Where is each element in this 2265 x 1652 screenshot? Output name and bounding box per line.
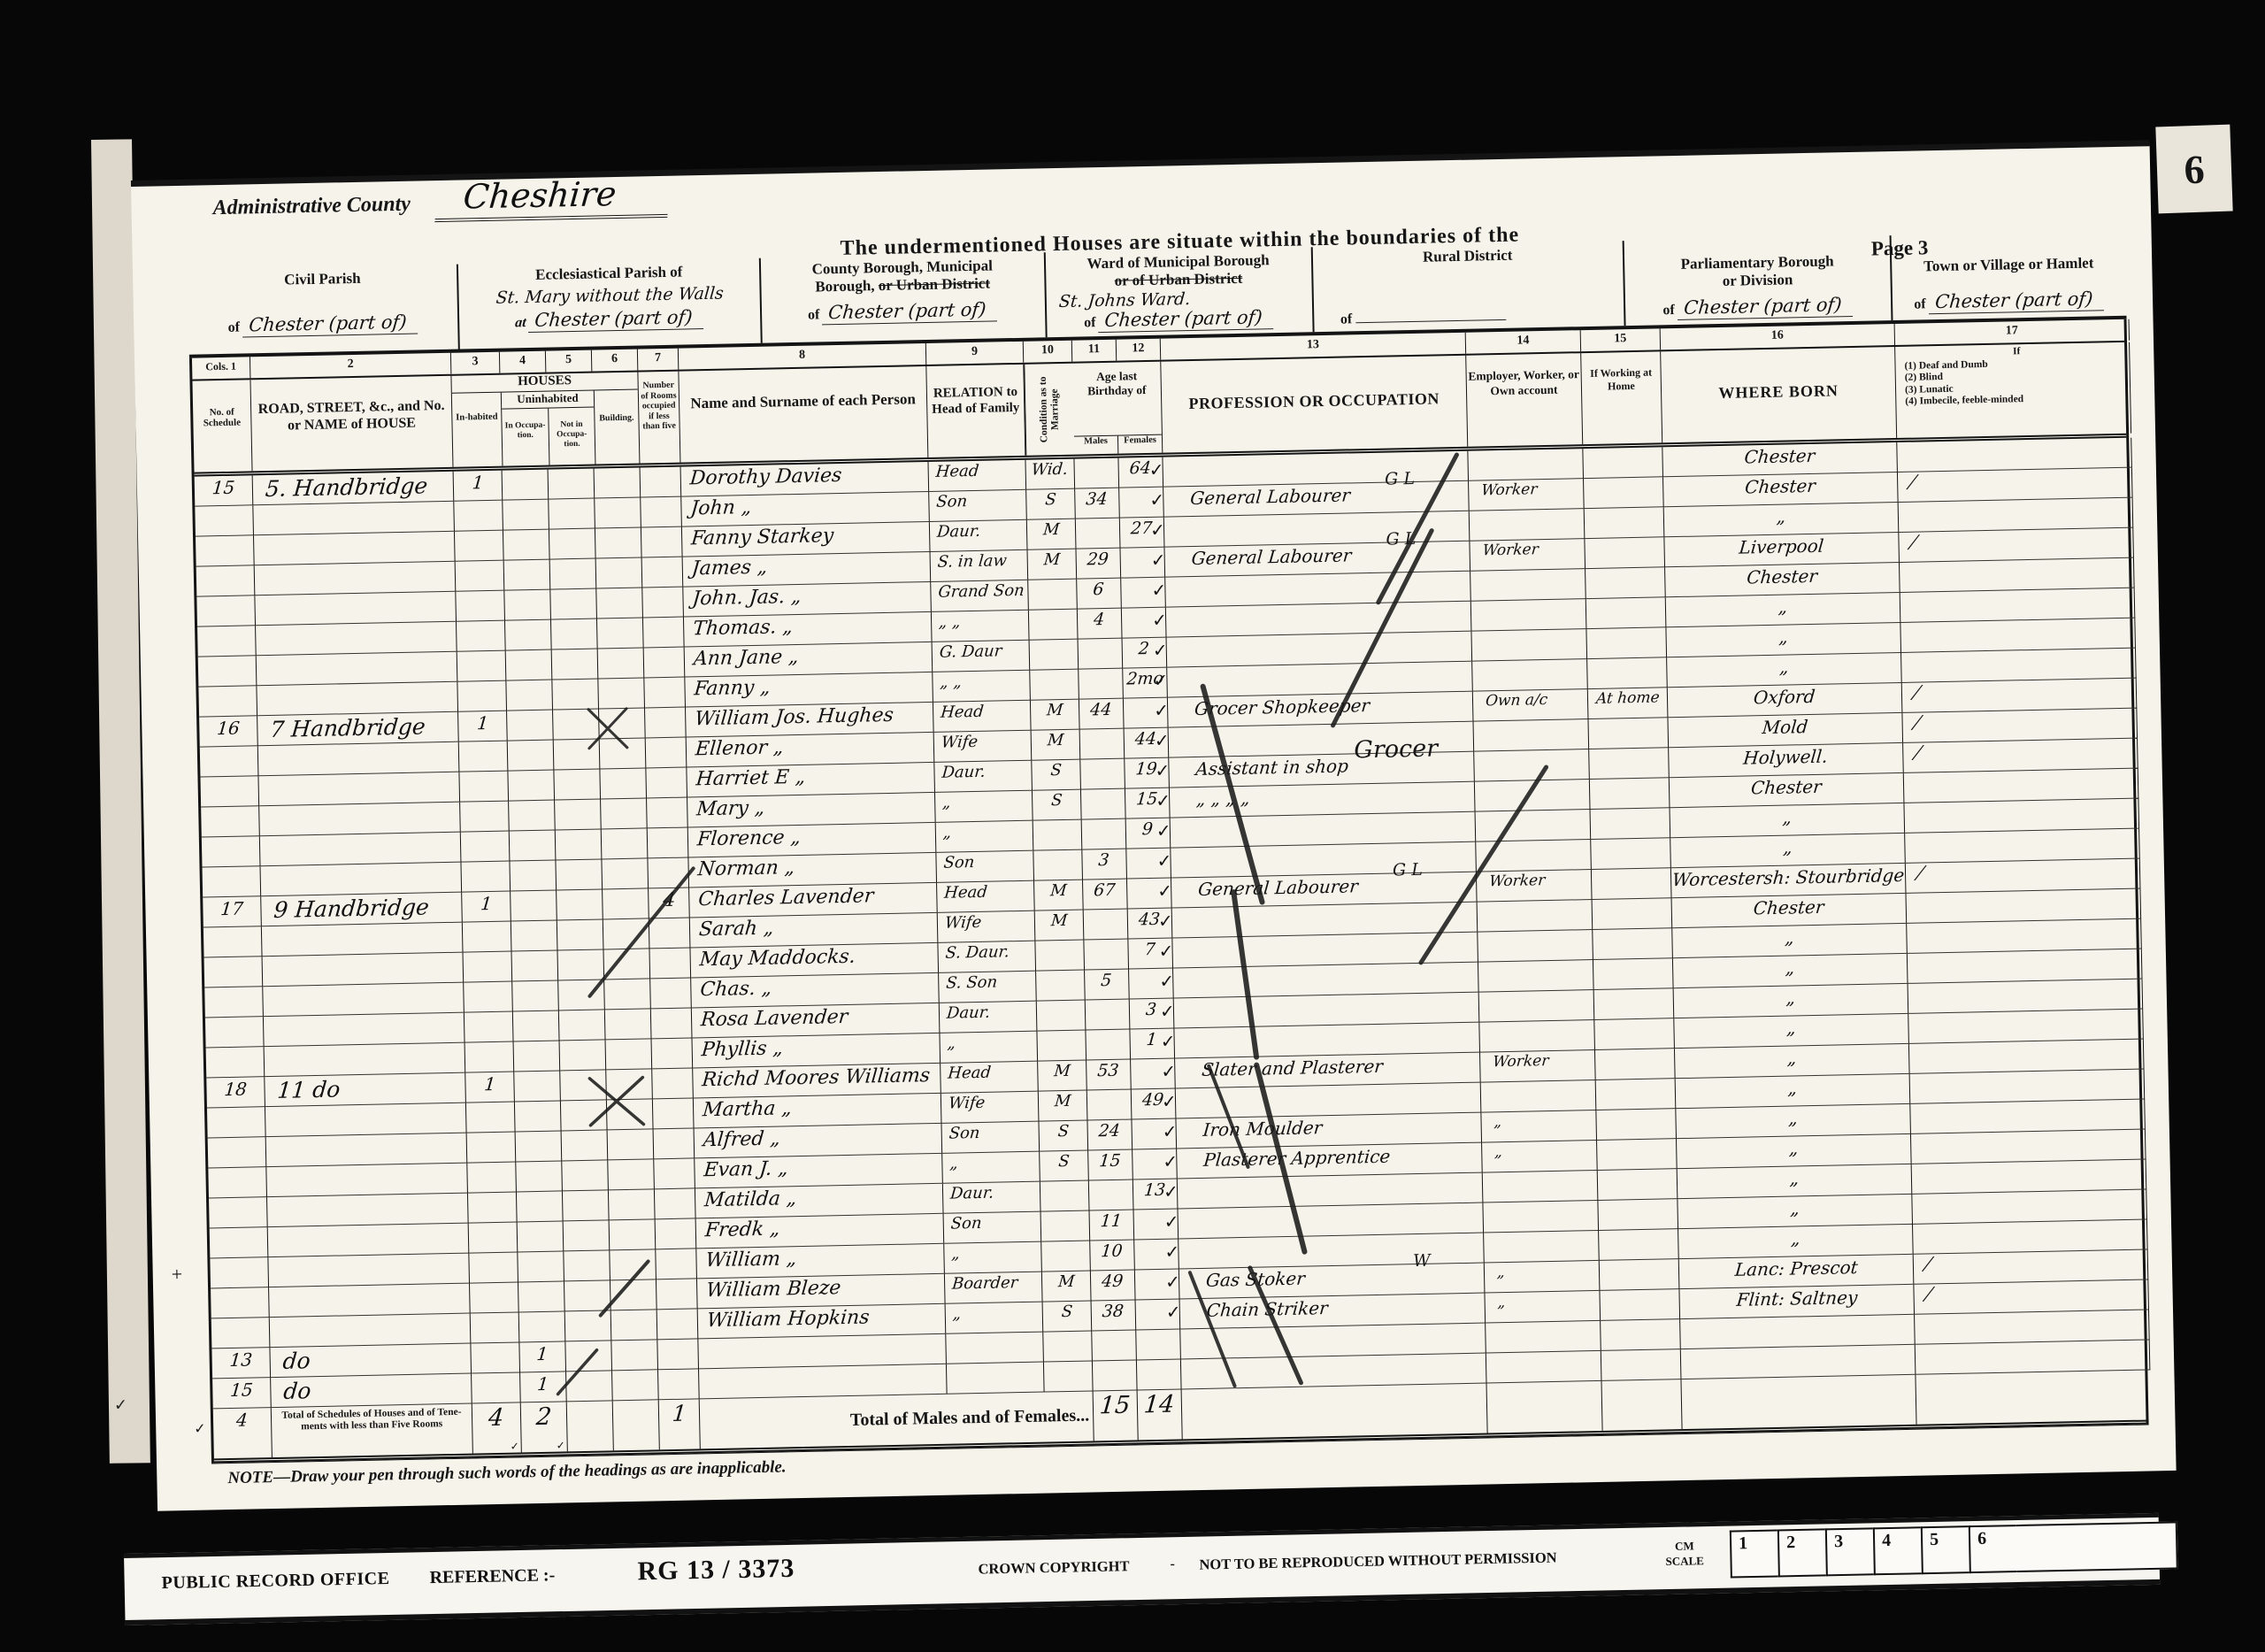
- cell-nm: Richd Moores Williams: [693, 1064, 941, 1099]
- tick-mark: ✓: [1152, 610, 1167, 631]
- cell-am: 44: [1079, 699, 1125, 730]
- cell-noc: [549, 499, 595, 530]
- cell-bld: [611, 1340, 658, 1371]
- cell-occ: [503, 470, 549, 501]
- cell-inh: [457, 651, 507, 682]
- cell-nm: Fanny „: [685, 672, 933, 708]
- cell-rd: [258, 772, 460, 807]
- cell-born: Oxford: [1668, 683, 1903, 718]
- cell-nm: Chas. „: [691, 973, 940, 1009]
- pen-slash: /: [1919, 1251, 1936, 1279]
- cell-home: [1600, 1259, 1680, 1291]
- pen-slash: /: [1911, 860, 1928, 888]
- cell-bld: [599, 708, 646, 739]
- cell-s: [207, 1107, 266, 1138]
- cell-nm: [698, 1334, 947, 1370]
- cell-cond: [1040, 1180, 1090, 1211]
- cell-bld: [595, 468, 641, 499]
- cell-infirm: [1908, 949, 2143, 984]
- cell-rooms: [641, 467, 682, 498]
- cell-home: [1601, 1349, 1682, 1381]
- cell-home: [1593, 958, 1674, 990]
- cell-rel: S. in law: [931, 550, 1029, 582]
- cell-noc: [551, 619, 598, 650]
- cell-born: Lanc: Prescot: [1679, 1255, 1915, 1289]
- profession-annotation: G L: [1393, 860, 1423, 880]
- cell-born: „: [1677, 1134, 1912, 1169]
- scale-tick: 6: [1969, 1525, 2017, 1573]
- cell-occ: 1: [519, 1341, 566, 1372]
- cell-nm: William Jos. Hughes: [686, 703, 934, 738]
- cell-rd: [268, 1224, 470, 1258]
- cell-rooms: [656, 1218, 697, 1249]
- profession-annotation: G L: [1386, 529, 1416, 549]
- box-civil-parish: Civil Parish ofChester (part of): [188, 265, 460, 355]
- cell-cond: [1037, 1001, 1086, 1032]
- cell-cond: [1029, 610, 1079, 641]
- cell-emp: „: [1481, 1110, 1597, 1143]
- cell-am: 67: [1083, 880, 1128, 911]
- cell-infirm: [1901, 649, 2137, 683]
- cell-home: [1583, 447, 1663, 479]
- cell-cond: M: [1038, 1061, 1087, 1092]
- cell-s: 17: [203, 896, 262, 927]
- pen-slash: /: [1920, 1281, 1937, 1310]
- tick-mark: ✓: [1161, 1060, 1176, 1081]
- cell-emp: Own a/c: [1473, 689, 1589, 722]
- cell-occ: [503, 500, 549, 531]
- cell-rooms: [657, 1339, 699, 1370]
- cell-nm: Martha „: [694, 1094, 942, 1129]
- cell-nm: Ann Jane „: [685, 642, 933, 678]
- cell-infirm: [1908, 1010, 2144, 1044]
- cell-am: 5: [1085, 970, 1130, 1001]
- cell-s: [196, 565, 256, 596]
- cell-emp: „: [1485, 1291, 1601, 1324]
- tick-mark: ✓: [1159, 971, 1174, 992]
- cell-infirm: [1911, 1130, 2146, 1164]
- cell-rel: „: [940, 1032, 1038, 1064]
- scale-tick: 2: [1777, 1528, 1826, 1577]
- header-not-in-occupation: Not in Occupa-tion.: [549, 408, 595, 465]
- cell-nm: Thomas. „: [684, 612, 933, 648]
- cell-occ: [509, 801, 556, 832]
- cell-infirm: [1916, 1340, 2151, 1374]
- cell-rooms: [645, 708, 687, 739]
- cell-occ: [518, 1251, 564, 1282]
- cell-bld: [598, 648, 645, 679]
- cell-rooms: [656, 1249, 697, 1279]
- county-borough-value: Chester (part of): [822, 298, 999, 325]
- cell-rd: [255, 562, 457, 596]
- cell-born: Flint: Saltney: [1679, 1285, 1915, 1319]
- cell-noc: [561, 1100, 608, 1131]
- cell-inh: [466, 1103, 516, 1133]
- cell-s: [195, 505, 254, 536]
- cell-s: [198, 686, 257, 717]
- cell-born: „: [1673, 954, 1908, 988]
- cell-cond: S: [1032, 760, 1081, 791]
- tick-mark: ✓: [1151, 580, 1166, 601]
- cell-bld: [598, 678, 645, 709]
- cell-rooms: [657, 1309, 699, 1340]
- cell-am: [1089, 1179, 1134, 1210]
- tick-mark: ✓: [1165, 1271, 1180, 1292]
- cell-born: „: [1676, 1104, 1911, 1139]
- cell-cond: Wid.: [1025, 459, 1075, 490]
- cell-rel: Son: [936, 851, 1034, 883]
- cell-emp: [1478, 900, 1593, 933]
- cell-home: [1589, 748, 1670, 780]
- cell-rooms: 4: [649, 887, 690, 918]
- cell-inh: [460, 802, 510, 833]
- header-name: Name and Surname of each Person: [679, 366, 928, 463]
- rural-district-value: [1355, 318, 1506, 322]
- cell-inh: [465, 1042, 515, 1073]
- cell-home: [1584, 477, 1664, 509]
- cell-emp: [1475, 780, 1591, 812]
- cell-bld: [608, 1159, 655, 1190]
- cell-rel: S. Daur.: [938, 941, 1036, 973]
- record-office-label: PUBLIC RECORD OFFICE: [161, 1569, 389, 1594]
- cell-born: Chester: [1672, 894, 1908, 928]
- cell-bld: [607, 1099, 654, 1130]
- cell-am: 38: [1092, 1300, 1137, 1331]
- cell-infirm: [1909, 1040, 2145, 1074]
- cell-rel: Son: [941, 1122, 1040, 1154]
- profession-annotation: W: [1413, 1251, 1431, 1271]
- cell-inh: [463, 922, 512, 953]
- box-parliamentary: Parliamentary Borough or Division ofChes…: [1624, 235, 1893, 326]
- tick-mark: ✓: [1156, 820, 1171, 841]
- cell-emp: Worker: [1470, 539, 1585, 572]
- cell-rel: [947, 1363, 1045, 1395]
- cell-noc: [554, 769, 601, 800]
- cell-rel: „: [946, 1302, 1044, 1334]
- tick-mark: ✓: [1163, 1180, 1179, 1202]
- cell-home: [1594, 988, 1675, 1020]
- box-town-village: Town or Village or Hamlet ofChester (par…: [1892, 231, 2127, 320]
- cell-occ: [504, 590, 551, 621]
- cell-inh: [457, 621, 506, 652]
- header-age-group: Age last Birthday of Males Females: [1072, 362, 1163, 455]
- cell-occ: [510, 861, 557, 892]
- cell-rd: 9 Handbridge: [261, 893, 463, 927]
- tick-mark: ✓: [1149, 489, 1164, 511]
- pen-slash: /: [1903, 469, 1920, 497]
- reference-label: REFERENCE :-: [429, 1565, 555, 1588]
- totals-label: Total of Schedules of Houses and of Tene…: [272, 1404, 473, 1458]
- cell-home: [1585, 507, 1665, 539]
- cell-inh: [455, 531, 504, 562]
- cell-rd: [266, 1164, 468, 1198]
- copyright-label: CROWN COPYRIGHT: [978, 1557, 1129, 1578]
- cell-emp: [1474, 749, 1590, 782]
- cell-noc: [564, 1280, 611, 1311]
- tick-mark: ✓: [1163, 1150, 1178, 1172]
- cell-rel: Daur.: [930, 520, 1028, 552]
- header-houses-group: HOUSES In-habited Uninhabited In Occupa-…: [451, 373, 640, 467]
- pen-slash: /: [1909, 740, 1926, 768]
- header-home: If Working at Home: [1581, 351, 1662, 444]
- cell-noc: [550, 559, 597, 590]
- cell-bld: [602, 828, 649, 859]
- cell-inh: [470, 1282, 519, 1313]
- cell-home: [1586, 627, 1667, 659]
- cell-rd: [253, 502, 455, 536]
- cell-s: [210, 1227, 269, 1258]
- cell-rel: „ „: [933, 671, 1031, 703]
- cell-bld: [600, 738, 647, 769]
- cell-nm: Alfred „: [695, 1124, 943, 1159]
- cell-occ: [505, 620, 552, 651]
- cell-am: 29: [1076, 549, 1121, 580]
- cell-rd: [270, 1314, 472, 1348]
- cell-noc: [554, 739, 601, 770]
- cell-am: [1093, 1360, 1138, 1391]
- cell-inh: [471, 1312, 520, 1343]
- cell-emp: [1484, 1231, 1600, 1264]
- tick-mark: ✓: [1154, 700, 1169, 721]
- cell-emp: [1479, 1020, 1595, 1053]
- cell-born: [1681, 1345, 1916, 1379]
- cell-infirm: /: [1902, 709, 2138, 743]
- cell-born: Mold: [1668, 713, 1903, 748]
- cell-bld: [606, 1069, 653, 1100]
- cell-rd: [261, 863, 463, 897]
- cell-infirm: [1906, 889, 2141, 924]
- cell-cond: [1041, 1241, 1091, 1272]
- cell-noc: [549, 529, 596, 560]
- cell-rd: [257, 682, 458, 717]
- cell-am: 15: [1088, 1149, 1133, 1180]
- cell-cond: [1036, 971, 1086, 1002]
- cell-home: [1591, 838, 1671, 870]
- admin-county-value: Cheshire: [434, 173, 671, 222]
- cell-noc: [566, 1371, 613, 1402]
- ward-value-2: Chester (part of): [1098, 306, 1275, 333]
- cell-s: +: [210, 1257, 269, 1288]
- cell-nm: Harriet E „: [687, 763, 935, 798]
- cell-rel: „: [935, 791, 1033, 823]
- cell-infirm: [1908, 980, 2144, 1014]
- cell-home: [1593, 898, 1673, 930]
- cell-rel: Head: [937, 881, 1035, 913]
- cell-occ: [506, 650, 553, 681]
- cell-noc: [560, 1070, 607, 1101]
- profession-annotation: Grocer: [1354, 734, 1438, 764]
- totals-in-occupation: 2 ✓: [521, 1402, 568, 1452]
- cell-inh: [457, 681, 507, 712]
- cell-rd: [254, 532, 456, 566]
- cell-rooms: [648, 828, 689, 859]
- cell-rd: [264, 1013, 465, 1048]
- cell-s: [211, 1287, 270, 1318]
- cell-am: [1081, 789, 1126, 820]
- cell-rooms: [658, 1369, 700, 1400]
- cell-rel: Son: [929, 490, 1027, 522]
- cell-rel: „: [942, 1152, 1040, 1184]
- cell-noc: [556, 859, 603, 890]
- cell-emp: „: [1485, 1261, 1601, 1294]
- totals-females: 14: [1138, 1389, 1183, 1440]
- cell-s: [203, 926, 263, 957]
- cell-rooms: [656, 1279, 698, 1310]
- cell-noc: [549, 469, 595, 500]
- totals-males: 15: [1094, 1390, 1139, 1441]
- scale-tick: 1: [1730, 1529, 1778, 1578]
- cell-nm: Sarah „: [690, 913, 939, 949]
- cell-home: [1585, 567, 1666, 599]
- cell-born: [1680, 1315, 1916, 1349]
- cell-s: [196, 535, 255, 566]
- cell-rd: [256, 622, 457, 657]
- cell-am: 34: [1075, 488, 1120, 519]
- cell-bld: [603, 888, 649, 919]
- cell-home: [1595, 1049, 1676, 1080]
- cell-emp: [1483, 1201, 1599, 1233]
- cell-born: „: [1672, 924, 1908, 958]
- profession-annotation: G L: [1385, 469, 1415, 489]
- eccl-value-2: Chester (part of): [528, 306, 705, 333]
- cell-infirm: [1915, 1310, 2150, 1344]
- cell-nm: Charles Lavender: [689, 883, 938, 918]
- cell-cond: M: [1028, 549, 1078, 580]
- cell-born: „: [1666, 593, 1901, 627]
- cell-s: [204, 957, 264, 987]
- header-road: ROAD, STREET, &c., and No. or NAME of HO…: [250, 376, 453, 472]
- cell-occ: [518, 1281, 565, 1312]
- cell-nm: Dorothy Davies: [681, 462, 930, 497]
- cell-cond: S: [1040, 1151, 1089, 1182]
- header-inhabited: In-habited: [452, 393, 503, 467]
- reproduction-notice: NOT TO BE REPRODUCED WITHOUT PERMISSION: [1199, 1548, 1557, 1573]
- cell-nm: Evan J. „: [695, 1154, 943, 1189]
- tick-mark: ✓: [1156, 850, 1171, 872]
- cm-scale-label: CM SCALE: [1665, 1539, 1704, 1570]
- cell-occ: [515, 1101, 562, 1132]
- cell-occ: [503, 530, 550, 561]
- cell-cond: M: [1035, 911, 1085, 941]
- cell-home: [1600, 1289, 1680, 1321]
- cell-infirm: /: [1902, 679, 2138, 713]
- cell-cond: [1041, 1210, 1091, 1241]
- cell-noc: [558, 980, 605, 1010]
- tick-mark: ✓: [1164, 1241, 1179, 1262]
- cell-am: [1082, 819, 1127, 850]
- census-table: Cols. 12 34 56 78 910 1112 1314 1516 17 …: [189, 319, 2149, 1464]
- cell-occ: [511, 950, 558, 981]
- cell-rd: [259, 803, 461, 837]
- cell-am: 3: [1082, 849, 1127, 880]
- cell-noc: [559, 1010, 606, 1041]
- totals-males-females-label: Total of Males and of Females...: [700, 1391, 1094, 1448]
- cell-bld: [611, 1310, 658, 1341]
- cell-am: 53: [1086, 1060, 1132, 1091]
- cell-af: [1137, 1359, 1182, 1390]
- cell-occ: [514, 1071, 561, 1102]
- cell-cond: [1028, 580, 1078, 611]
- cell-s: [197, 626, 257, 657]
- cell-noc: [564, 1250, 610, 1281]
- cell-am: [1092, 1330, 1137, 1361]
- tick-mark: ✓: [1160, 1031, 1175, 1052]
- cell-s: 15: [195, 475, 254, 506]
- margin-mark: +: [171, 1263, 182, 1286]
- cell-s: [198, 656, 257, 687]
- cell-noc: [565, 1341, 612, 1372]
- cell-s: [201, 806, 260, 837]
- cell-noc: [552, 680, 599, 711]
- cell-inh: [469, 1222, 518, 1253]
- cell-rd: [260, 833, 462, 867]
- cell-infirm: [1899, 498, 2134, 533]
- cell-cond: [1044, 1361, 1094, 1392]
- cell-nm: Phyllis „: [693, 1033, 941, 1069]
- cell-s: [203, 866, 262, 897]
- cell-inh: 1: [462, 892, 511, 923]
- cell-s: 16: [199, 716, 258, 747]
- cell-bld: [608, 1129, 655, 1160]
- cell-bld: [612, 1370, 659, 1401]
- cell-nm: Matilda „: [695, 1184, 944, 1219]
- cell-emp: Worker: [1469, 479, 1585, 511]
- cell-rd: [265, 1043, 466, 1078]
- cell-inh: 1: [465, 1072, 515, 1103]
- cell-rel: Boarder: [945, 1272, 1043, 1304]
- cell-rd: [263, 983, 465, 1018]
- cell-rel: Wife: [938, 911, 1036, 943]
- totals-schedules: ✓ 4: [213, 1408, 273, 1458]
- header-born: WHERE BORN: [1661, 347, 1897, 442]
- cell-cond: M: [1039, 1091, 1088, 1122]
- cell-nm: James „: [683, 552, 932, 588]
- cell-rel: Grand Son: [931, 580, 1029, 612]
- cell-nm: John. Jas. „: [683, 582, 932, 618]
- cell-rd: [269, 1284, 471, 1318]
- cell-born: „: [1674, 984, 1909, 1018]
- cell-home: [1598, 1169, 1678, 1201]
- header-relation: RELATION to Head of Family: [926, 365, 1025, 457]
- cell-home: [1598, 1199, 1678, 1231]
- cell-nm: Fanny Starkey: [682, 522, 931, 557]
- cell-home: [1591, 808, 1671, 840]
- cell-emp: [1472, 659, 1588, 692]
- box-label: Rural District: [1312, 244, 1623, 268]
- reference-bar: PUBLIC RECORD OFFICE REFERENCE :- RG 13 …: [124, 1513, 2160, 1625]
- header-condition: Condition as to Marriage: [1024, 364, 1074, 456]
- parliamentary-value: Chester (part of): [1678, 294, 1854, 320]
- cell-home: [1590, 778, 1670, 810]
- cell-inh: [461, 832, 511, 863]
- cell-rel: Wife: [941, 1092, 1040, 1124]
- cell-rel: [946, 1333, 1044, 1364]
- cell-am: 6: [1077, 579, 1122, 610]
- cell-nm: John „: [681, 492, 930, 527]
- cell-home: [1587, 657, 1668, 689]
- cell-noc: [562, 1130, 609, 1161]
- cell-rooms: [649, 948, 691, 979]
- cell-cond: [1033, 820, 1083, 851]
- cell-born: „: [1675, 1044, 1910, 1079]
- tick-mark: ✓: [1160, 1001, 1175, 1022]
- cell-rooms: [652, 1068, 694, 1099]
- tick-mark: ✓: [1162, 1120, 1177, 1141]
- eccl-value-1: St. Mary without the Walls: [495, 283, 724, 307]
- cell-bld: [595, 527, 642, 558]
- cell-cond: [1030, 670, 1079, 701]
- cm-scale-ruler: 123456: [1730, 1521, 2178, 1579]
